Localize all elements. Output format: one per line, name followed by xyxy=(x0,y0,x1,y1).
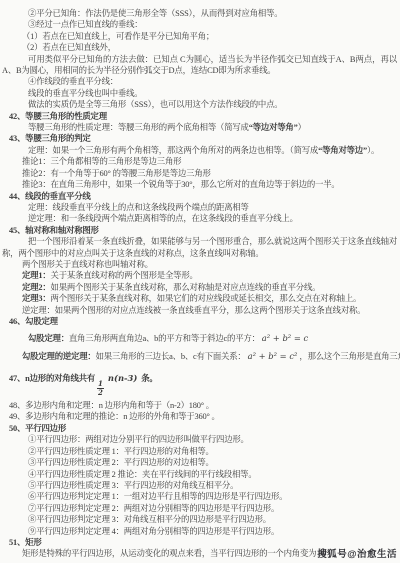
text-line: 定理1：关于某条直线对称的两个图形是全等形。 xyxy=(0,270,400,281)
line-segment: （1）若点在已知直线上，可看作是平分已知角平角； xyxy=(22,32,214,41)
line-segment: “等角对等边” xyxy=(318,146,367,155)
line-segment: 做法的实质仍是全等三角形（SSS），也可以用这个方法作线段的中点。 xyxy=(28,100,282,109)
text-line: ④平行四边形性质定理 2 推论：夹在平行线间的平行线段相等。 xyxy=(0,469,400,480)
text-line: 逆定理：和一条线段两个端点距离相等的点，在这条线段的垂直平分线上。 xyxy=(0,213,400,224)
line-segment: 条。 xyxy=(139,374,157,383)
line-segment: ⑦平行四边形判定定理 2：两组对边分别相等的四边形是平行四边形。 xyxy=(28,504,279,513)
text-line: ⑨平行四边形判定定理 4：两组对角分别相等的四边形是平行四边形。 xyxy=(0,526,400,537)
line-segment: ④作线段的垂直平分线： xyxy=(28,77,118,86)
line-segment: 49、多边形内角和定理的推论：n 边形的外角和等于360° 。 xyxy=(9,412,220,421)
text-line: 两个图形关于直线对称也叫轴对称。 xyxy=(0,259,400,270)
line-segment: 关于某条直线对称的两个图形是全等形。 xyxy=(51,271,198,280)
line-segment: 47、n边形的对角线共有 xyxy=(9,374,95,383)
line-segment: ⑥平行四边形判定定理 1：一组对边平行且相等的四边形是平行四边形。 xyxy=(28,492,287,501)
section-heading: 50、平行四边形 xyxy=(0,423,400,434)
line-segment: 44、线段的垂直平分线 xyxy=(9,192,91,201)
text-line: 推论2：有一个角等于60° 的等腰三角形是等边三角形 xyxy=(0,168,400,179)
line-segment: ①平行四边形：两组对边分别平行的四边形叫做平行四边形。 xyxy=(28,435,249,444)
line-segment: ⑨平行四边形判定定理 4：两组对角分别相等的四边形是平行四边形。 xyxy=(28,527,279,536)
watermark: 搜狐号@治愈生活 xyxy=(317,546,397,560)
text-line: 推论1：三个角都相等的三角形是等边三角形 xyxy=(0,156,400,167)
document-content: ②平分已知角：作法仍是使三角形全等（SSS），从而得到对应角相等。③经过一点作已… xyxy=(0,8,400,560)
text-line: ⑧平行四边形判定定理 3：对角线互相平分的四边形是平行四边形。 xyxy=(0,514,400,525)
line-segment: 等腰三角形的性质定理：等腰三角形的两个底角相等（简写成 xyxy=(28,123,249,132)
text-line: ③平行四边形性质定理 2：平行四边形的对边相等。 xyxy=(0,457,400,468)
text-line: 48、多边形内角和定理：n 边形内角和等于（n-2）180° 。 xyxy=(0,400,400,411)
line-segment: 推论2：有一个角等于60° 的等腰三角形是等边三角形 xyxy=(22,169,211,178)
section-heading: 43、等腰三角形的判定 xyxy=(0,133,400,144)
line-segment: 线段的垂直平分线也叫中垂线。 xyxy=(28,89,142,98)
line-segment: 逆定理：如果两个图形的对应点连线被一条直线垂直平分，那么这两个图形关于这条直线对… xyxy=(22,306,365,315)
text-line: 49、多边形内角和定理的推论：n 边形的外角和等于360° 。 xyxy=(0,411,400,422)
text-line: ⑤平行四边形性质定理 3：平行四边形的对角线互相平分。 xyxy=(0,480,400,491)
line-segment: ②平行四边形性质定理 1：平行四边形的对角相等。 xyxy=(28,447,214,456)
line-segment: ③经过一点作已知直线的垂线： xyxy=(28,20,142,29)
text-line: （2）若点在已知直线外， xyxy=(0,42,400,53)
line-segment: 46、勾股定理 xyxy=(9,317,58,326)
line-segment: 直角三角形两直角边a、b的平方和等于斜边c的平方： xyxy=(69,334,260,343)
line-segment: 定理2： xyxy=(22,283,51,292)
section-heading: 45、轴对称和轴对称图形 xyxy=(0,225,400,236)
line-segment: ④平行四边形性质定理 2 推论：夹在平行线间的平行线段相等。 xyxy=(28,470,257,479)
text-line: 定理：如果一个三角形有两个角相等，那这两个角所对的两条边也相等。（简写成“等角对… xyxy=(0,145,400,156)
line-segment: 勾股定理的逆定理： xyxy=(22,352,96,361)
text-line: 定理2：如果两个图形关于某条直线对称，那么对称轴是对应点连线的垂直平分线。 xyxy=(0,282,400,293)
line-segment: 勾股定理： xyxy=(28,334,69,343)
text-line: 做法的实质仍是全等三角形（SSS），也可以用这个方法作线段的中点。 xyxy=(0,99,400,110)
text-line: 线段的垂直平分线也叫中垂线。 xyxy=(0,88,400,99)
text-line: 定理：线段垂直平分线上的点和这条线段两个端点的距离相等 xyxy=(0,202,400,213)
line-segment: 定理：线段垂直平分线上的点和这条线段两个端点的距离相等 xyxy=(28,203,249,212)
line-segment: 定理1： xyxy=(22,271,51,280)
line-segment: ⑧平行四边形判定定理 3：对角线互相平分的四边形是平行四边形。 xyxy=(28,515,271,524)
text-line: 等腰三角形的性质定理：等腰三角形的两个底角相等（简写成“等边对等角”） xyxy=(0,122,400,133)
math-formula: n(n-3) xyxy=(106,373,139,383)
line-segment: 50、平行四边形 xyxy=(9,424,66,433)
paragraph: 可用类似平分已知角的方法去做：已知点 C为圆心，适当长为半径作弧交已知直线于A、… xyxy=(0,54,400,77)
document-page: ②平分已知角：作法仍是使三角形全等（SSS），从而得到对应角相等。③经过一点作已… xyxy=(0,0,400,563)
line-segment: 定理：如果一个三角形有两个角相等，那这两个角所对的两条边也相等。（简写成 xyxy=(28,146,318,155)
text-line: 推论3：在直角三角形中，如果一个锐角等于30°，那么它所对的直角边等于斜边的一半… xyxy=(0,179,400,190)
text-line: ③经过一点作已知直线的垂线： xyxy=(0,19,400,30)
text-line: ④作线段的垂直平分线： xyxy=(0,76,400,87)
fraction: 12 xyxy=(97,380,104,397)
text-line: 定理3：两个图形关于某条直线对称，如果它们的对应线段或延长相交，那么交点在对称轴… xyxy=(0,293,400,304)
line-segment: “等边对等角” xyxy=(249,123,298,132)
line-segment: ）。 xyxy=(367,146,379,155)
text-line: 勾股定理的逆定理：如果三角形的三边长a、b、c有下面关系：a² + b² = c… xyxy=(0,351,400,362)
line-segment: 42、等腰三角形的性质定理 xyxy=(9,112,107,121)
line-segment: 逆定理：和一条线段两个端点距离相等的点，在这条线段的垂直平分线上。 xyxy=(28,214,298,223)
line-segment: 推论1：三个角都相等的三角形是等边三角形 xyxy=(22,157,181,166)
line-segment: ⑤平行四边形性质定理 3：平行四边形的对角线互相平分。 xyxy=(28,481,238,490)
text-line: ⑥平行四边形判定定理 1：一组对边平行且相等的四边形是平行四边形。 xyxy=(0,491,400,502)
line-segment: 如果三角形的三边长a、b、c有下面关系： xyxy=(96,352,246,361)
text-line: ①平行四边形：两组对边分别平行的四边形叫做平行四边形。 xyxy=(0,434,400,445)
line-segment: 两个图形关于直线对称也叫轴对称。 xyxy=(22,260,153,269)
line-segment: 定理3： xyxy=(22,294,51,303)
line-segment: 如果两个图形关于某条直线对称，那么对称轴是对应点连线的垂直平分线。 xyxy=(51,283,321,292)
line-segment: ） xyxy=(298,123,306,132)
text-line: ⑦平行四边形判定定理 2：两组对边分别相等的四边形是平行四边形。 xyxy=(0,503,400,514)
line-segment: ③平行四边形性质定理 2：平行四边形的对边相等。 xyxy=(28,458,214,467)
line-segment: 45、轴对称和轴对称图形 xyxy=(9,226,99,235)
text-line: ②平行四边形性质定理 1：平行四边形的对角相等。 xyxy=(0,446,400,457)
line-segment: 推论3：在直角三角形中，如果一个锐角等于30°，那么它所对的直角边等于斜边的一半… xyxy=(22,180,340,189)
line-segment: ②平分已知角：作法仍是使三角形全等（SSS），从而得到对应角相等。 xyxy=(28,9,282,18)
text-line: 逆定理：如果两个图形的对应点连线被一条直线垂直平分，那么这两个图形关于这条直线对… xyxy=(0,305,400,316)
line-segment: 把一个图形沿着某一条直线折叠，如果能够与另一个图形重合，那么就说这两个图形关于这… xyxy=(2,237,397,257)
line-segment: 矩形是特殊的平行四边形，从运动变化的观点来看，当平行四边形的一个内角变为 90° xyxy=(22,549,329,558)
math-formula: a² + b² = c xyxy=(260,333,310,343)
line-segment: 43、等腰三角形的判定 xyxy=(9,134,91,143)
line-segment: （2）若点在已知直线外， xyxy=(22,43,116,52)
section-heading: 42、等腰三角形的性质定理 xyxy=(0,111,400,122)
line-segment: 两个图形关于某条直线对称，如果它们的对应线段或延长相交，那么交点在对称轴上。 xyxy=(51,294,362,303)
line-segment: 可用类似平分已知角的方法去做：已知点 C为圆心，适当长为半径作弧交已知直线于A、… xyxy=(2,55,397,75)
text-line: 勾股定理：直角三角形两直角边a、b的平方和等于斜边c的平方：a² + b² = … xyxy=(0,333,400,344)
text-line: ②平分已知角：作法仍是使三角形全等（SSS），从而得到对应角相等。 xyxy=(0,8,400,19)
paragraph: 把一个图形沿着某一条直线折叠，如果能够与另一个图形重合，那么就说这两个图形关于这… xyxy=(0,236,400,259)
line-segment: ，那么这个三角形是直角三角形。 xyxy=(299,352,400,361)
section-heading: 46、勾股定理 xyxy=(0,316,400,327)
section-heading: 44、线段的垂直平分线 xyxy=(0,191,400,202)
math-formula: a² + b² = c² xyxy=(246,351,300,361)
line-segment: 51、矩形 xyxy=(9,538,42,547)
line-segment: 48、多边形内角和定理：n 边形内角和等于（n-2）180° 。 xyxy=(9,401,214,410)
text-line: （1）若点在已知直线上，可看作是平分已知角平角； xyxy=(0,31,400,42)
text-line: 47、n边形的对角线共有12n(n-3) 条。 xyxy=(0,368,400,397)
